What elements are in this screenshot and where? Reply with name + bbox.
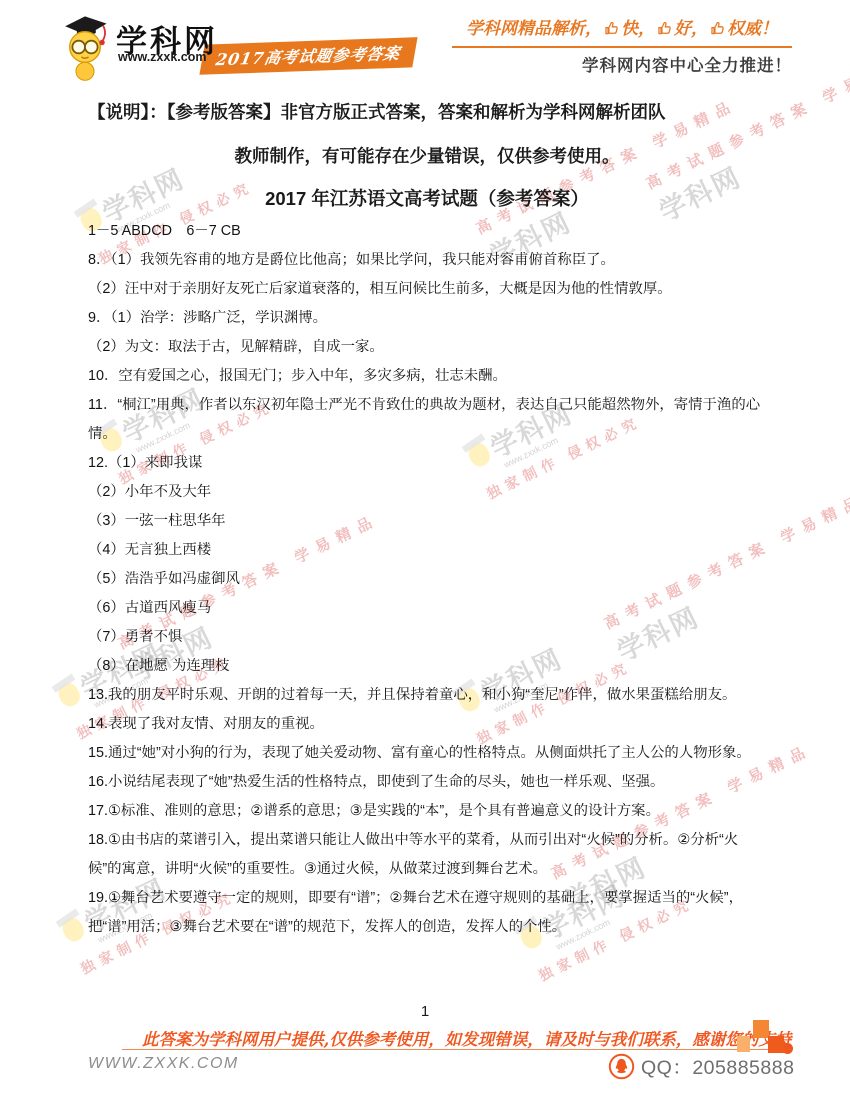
- answer-line: 15.通过“她”对小狗的行为，表现了她关爱动物、富有童心的性格特点。从侧面烘托了…: [88, 739, 767, 768]
- answer-line: （2）为文：取法于古，见解精辟，自成一家。: [88, 333, 767, 362]
- page-title: 2017 年江苏语文高考试题（参考答案）: [88, 185, 766, 211]
- page-number: 1: [0, 1003, 850, 1020]
- zxxk-mascot-logo-icon: [58, 10, 112, 89]
- answer-line: （6）古道西风瘦马: [88, 594, 767, 623]
- answer-line: 1－5 ABDCD 6－7 CB: [88, 217, 767, 246]
- brand-site-url: www.zxxk.com: [118, 50, 206, 64]
- answer-line: 13.我的朋友平时乐观、开朗的过着每一天，并且保持着童心，和小狗“奎尼”作伴，做…: [88, 681, 767, 710]
- slogan-text: 权威！: [727, 19, 778, 39]
- answer-line: 11．“桐江”用典，作者以东汉初年隐士严光不肯致仕的典故为题材，表达自己只能超然…: [88, 391, 767, 449]
- footer-notice: 此答案为学科网用户提供,仅供参考使用，如发现错误，请及时与我们联系，感谢您的支持: [142, 1026, 742, 1050]
- answer-line: 17.①标准、准则的意思；②谱系的意思；③是实践的“本”，是个具有普遍意义的设计…: [88, 797, 767, 826]
- thumb-up-icon: [709, 20, 726, 37]
- answers-list: 1－5 ABDCD 6－7 CB8．（1）我领先容甫的地方是爵位比他高；如果比学…: [88, 217, 767, 942]
- thumb-up-icon: [603, 20, 620, 37]
- document-page: 学科网www.zxxk.com独家制作 侵权必究高考试题参考答案 学易精品学科网…: [0, 0, 850, 1100]
- answer-line: 18.①由书店的菜谱引入，提出菜谱只能让人做出中等水平的菜肴，从而引出对“火候”…: [88, 826, 767, 884]
- answer-line: （7）勇者不惧: [88, 623, 767, 652]
- answer-line: 19.①舞台艺术要遵守一定的规则，即要有“谱”；②舞台艺术在遵守规则的基础上，要…: [88, 884, 767, 942]
- square-decoration: [768, 1036, 784, 1053]
- watermark-mascot-icon: [55, 679, 83, 709]
- qq-number: QQ：205885888: [641, 1052, 794, 1080]
- thumb-up-icon: [656, 20, 673, 37]
- header-banner: 2017高考试题参考答案: [199, 37, 417, 75]
- answer-line: （8）在地愿 为连理枝: [88, 652, 767, 681]
- notice-line-2: 教师制作，有可能存在少量错误，仅供参考使用。: [88, 143, 766, 168]
- answer-line: 16.小说结尾表现了“她”热爱生活的性格特点，即使到了生命的尽头，她也一样乐观、…: [88, 768, 767, 797]
- answer-line: （4）无言独上西楼: [88, 536, 767, 565]
- answer-line: 10．空有爱国之心，报国无门；步入中年，多灾多病，壮志未酬。: [88, 362, 767, 391]
- slogan-text: 好，: [674, 19, 708, 39]
- answer-line: （2）汪中对于亲朋好友死亡后家道衰落的，相互问候比生前多，大概是因为他的性情敦厚…: [88, 275, 767, 304]
- slogan-text: 学科网精品解析，: [466, 19, 602, 39]
- answer-line: 12.（1）来即我谋: [88, 449, 767, 478]
- square-decoration: [737, 1036, 750, 1052]
- header-sub-slogan: 学科网内容中心全力推进！: [582, 52, 792, 76]
- slogan-text: 快，: [621, 19, 655, 39]
- footer-qq-contact: QQ：205885888: [608, 1052, 794, 1080]
- notice-line-1: 【说明】：【参考版答案】非官方版正式答案，答案和解析为学科网解析团队: [88, 99, 766, 124]
- header-slogan: 学科网精品解析，快，好，权威！: [452, 14, 792, 48]
- answer-line: 8．（1）我领先容甫的地方是爵位比他高；如果比学问，我只能对容甫俯首称臣了。: [88, 246, 767, 275]
- square-decoration: [753, 1020, 769, 1038]
- answer-line: （3）一弦一柱思华年: [88, 507, 767, 536]
- answer-line: （5）浩浩乎如冯虚御风: [88, 565, 767, 594]
- footer-site-url: WWW.ZXXK.COM: [88, 1055, 239, 1073]
- answer-line: 14.表现了我对友情、对朋友的重视。: [88, 710, 767, 739]
- answer-line: 9．（1）治学：涉略广泛，学识渊博。: [88, 304, 767, 333]
- qq-penguin-icon: [608, 1053, 635, 1080]
- answer-line: （2）小年不及大年: [88, 478, 767, 507]
- watermark-mascot-icon: [59, 914, 87, 944]
